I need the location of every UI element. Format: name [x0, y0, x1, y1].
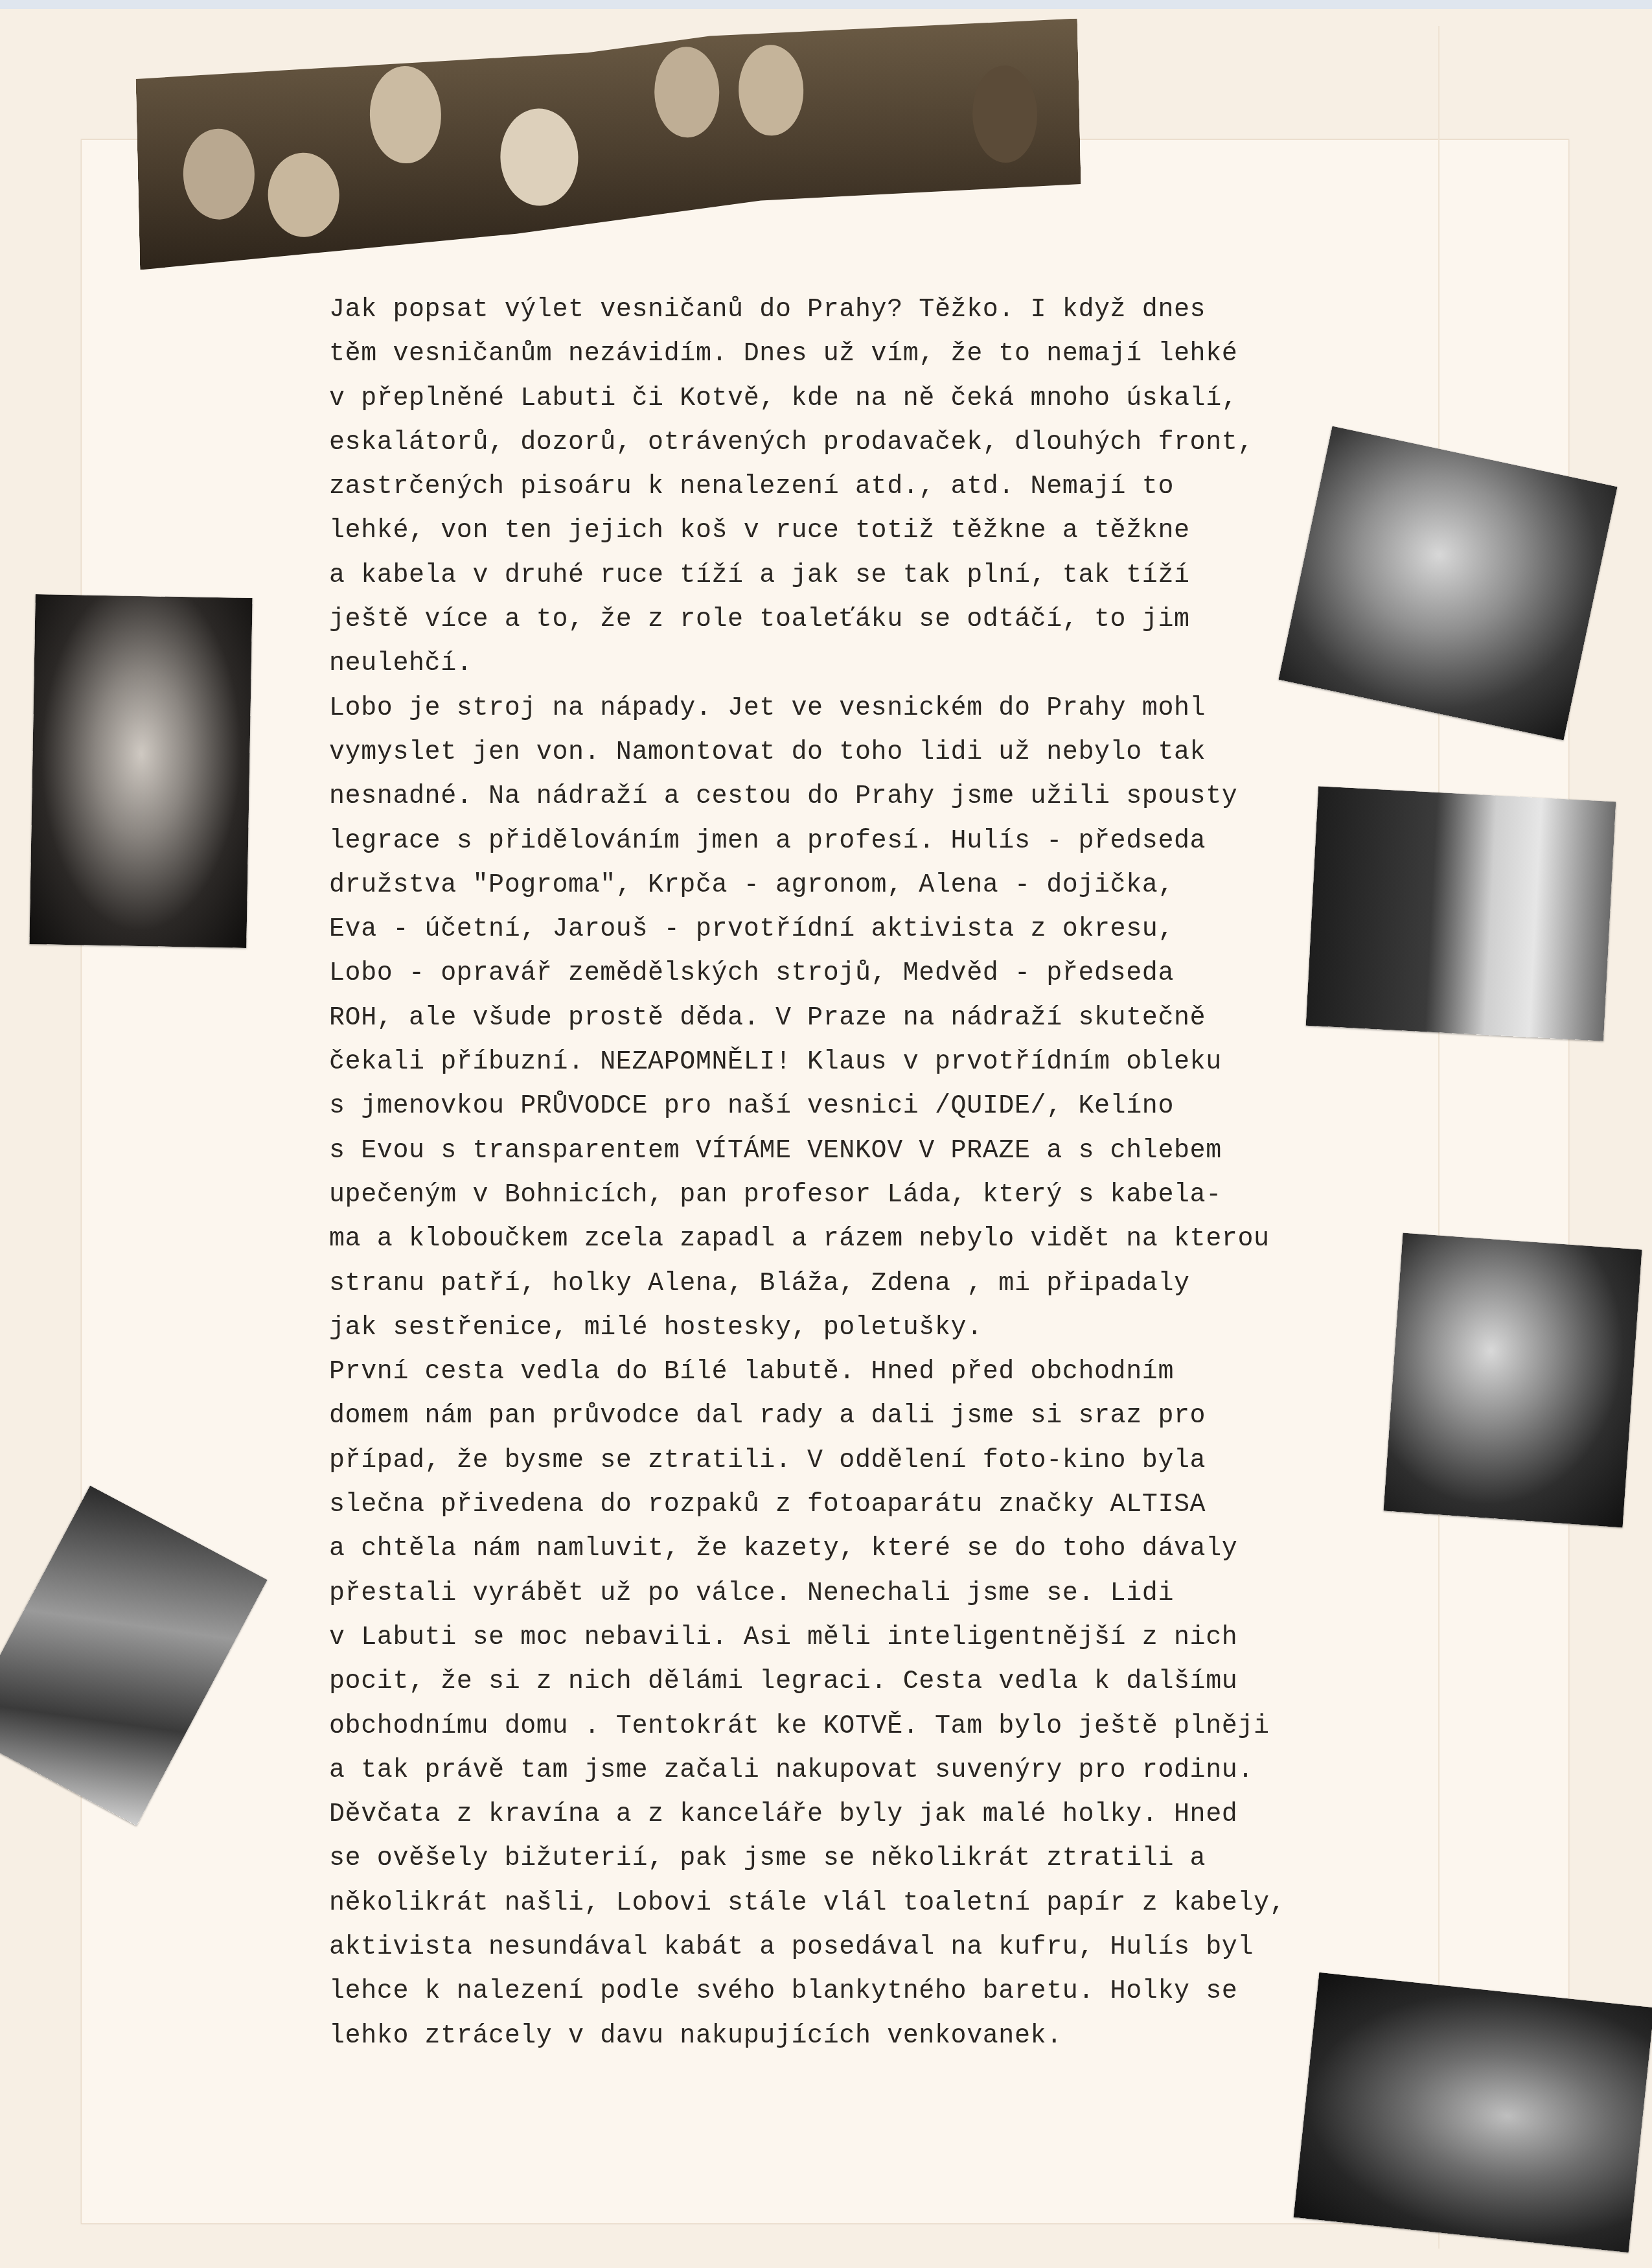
text-line: družstva "Pogroma", Krpča - agronom, Ale… — [329, 864, 1430, 908]
text-line: slečna přivedena do rozpaků z fotoaparát… — [329, 1483, 1430, 1527]
text-line: ještě více a to, že z role toaleťáku se … — [329, 598, 1430, 642]
text-line: ma a kloboučkem zcela zapadl a rázem neb… — [329, 1218, 1430, 1262]
text-line: s jmenovkou PRŮVODCE pro naší vesnici /Q… — [329, 1085, 1430, 1129]
text-line: Eva - účetní, Jarouš - prvotřídní aktivi… — [329, 908, 1430, 952]
text-line: legrace s přidělováním jmen a profesí. H… — [329, 820, 1430, 864]
text-line: zastrčených pisoáru k nenalezení atd., a… — [329, 465, 1430, 509]
text-line: se ověšely bižuterií, pak jsme se několi… — [329, 1837, 1430, 1881]
text-line: aktivista nesundával kabát a posedával n… — [329, 1926, 1430, 1970]
text-line: v Labuti se moc nebavili. Asi měli intel… — [329, 1616, 1430, 1660]
text-line: Lobo je stroj na nápady. Jet ve vesnické… — [329, 687, 1430, 731]
text-line: jak sestřenice, milé hostesky, poletušky… — [329, 1306, 1430, 1350]
text-line: a chtěla nám namluvit, že kazety, které … — [329, 1527, 1430, 1571]
text-line: čekali příbuzní. NEZAPOMNĚLI! Klaus v pr… — [329, 1041, 1430, 1085]
text-line: těm vesničanům nezávidím. Dnes už vím, ž… — [329, 332, 1430, 376]
woman-portrait — [29, 594, 252, 948]
text-line: v přeplněné Labuti či Kotvě, kde na ně č… — [329, 377, 1430, 421]
text-line: lehko ztrácely v davu nakupujících venko… — [329, 2015, 1430, 2059]
man-with-sunglasses-tower — [1306, 786, 1616, 1041]
text-line: a tak právě tam jsme začali nakupovat su… — [329, 1749, 1430, 1793]
text-line: stranu patří, holky Alena, Bláža, Zdena … — [329, 1262, 1430, 1306]
text-line: ROH, ale všude prostě děda. V Praze na n… — [329, 997, 1430, 1041]
text-line: případ, že bysme se ztratili. V oddělení… — [329, 1439, 1430, 1483]
typewritten-text: Jak popsat výlet vesničanů do Prahy? Těž… — [329, 288, 1430, 2059]
text-line: nesnadné. Na nádraží a cestou do Prahy j… — [329, 775, 1430, 819]
text-line: lehce k nalezení podle svého blankytného… — [329, 1970, 1430, 2014]
scan-top-edge — [0, 0, 1652, 9]
text-line: neulehčí. — [329, 642, 1430, 686]
text-line: a kabela v druhé ruce tíží a jak se tak … — [329, 554, 1430, 598]
text-line: upečeným v Bohnicích, pan profesor Láda,… — [329, 1174, 1430, 1218]
text-line: Děvčata z kravína a z kanceláře byly jak… — [329, 1793, 1430, 1837]
text-line: domem nám pan průvodce dal rady a dali j… — [329, 1394, 1430, 1439]
man-in-beret — [1383, 1233, 1642, 1528]
text-line: lehké, von ten jejich koš v ruce totiž t… — [329, 509, 1430, 553]
text-line: Lobo - opravář zemědělských strojů, Medv… — [329, 952, 1430, 996]
crowd-with-guitar — [1294, 1973, 1652, 2252]
text-line: pocit, že si z nich dělámi legraci. Cest… — [329, 1660, 1430, 1704]
text-line: eskalátorů, dozorů, otrávených prodavače… — [329, 421, 1430, 465]
text-line: První cesta vedla do Bílé labutě. Hned p… — [329, 1350, 1430, 1394]
text-line: Jak popsat výlet vesničanů do Prahy? Těž… — [329, 288, 1430, 332]
page-fold-line — [1438, 26, 1440, 2249]
text-line: obchodnímu domu . Tentokrát ke KOTVĚ. Ta… — [329, 1705, 1430, 1749]
text-line: vymyslet jen von. Namontovat do toho lid… — [329, 731, 1430, 775]
text-line: přestali vyrábět už po válce. Nenechali … — [329, 1572, 1430, 1616]
text-line: několikrát našli, Lobovi stále vlál toal… — [329, 1882, 1430, 1926]
text-line: s Evou s transparentem VÍTÁME VENKOV V P… — [329, 1129, 1430, 1174]
